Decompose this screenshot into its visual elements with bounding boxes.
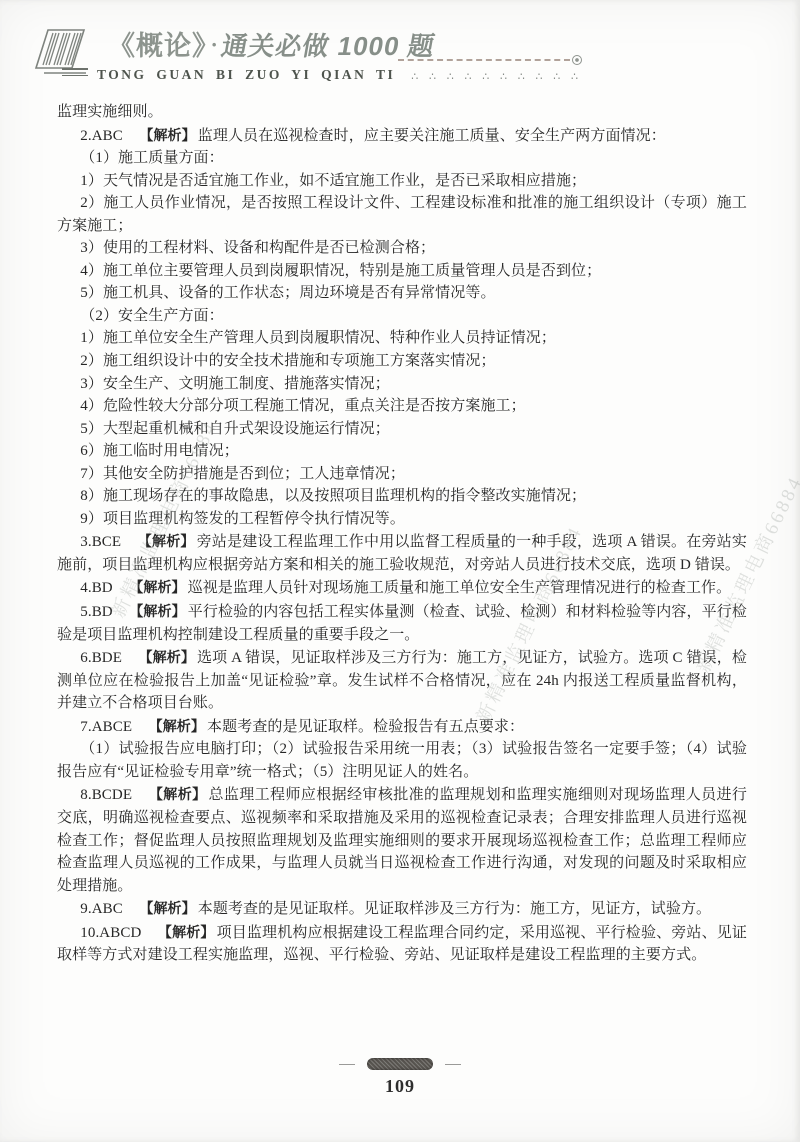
text-paragraph: 监理实施细则。 xyxy=(57,101,747,124)
pinyin-dash-icon xyxy=(62,68,88,76)
text-paragraph: （1）施工质量方面： xyxy=(57,147,747,170)
text-paragraph: （2）安全生产方面： xyxy=(57,305,747,328)
rule-end-circle-icon xyxy=(572,55,582,65)
content-body: 监理实施细则。2.ABC【解析】监理人员在巡视检查时，应主要关注施工质量、安全生… xyxy=(57,101,747,967)
answer-code: 9.ABC xyxy=(80,901,123,917)
title-separator-dot: · xyxy=(211,32,218,57)
analysis-tag: 【解析】 xyxy=(158,924,215,940)
answer-code: 10.ABCD xyxy=(80,925,141,941)
pinyin-row: TONG GUAN BI ZUO YI QIAN TI∴ ∴ ∴ ∴ ∴ ∴ ∴… xyxy=(62,66,582,84)
text-paragraph: 2）施工人员作业情况，是否按照工程设计文件、工程建设标准和批准的施工组织设计（专… xyxy=(57,192,747,237)
answer-paragraph: 8.BCDE【解析】总监理工程师应根据经审核批准的监理规划和监理实施细则对现场监… xyxy=(57,783,747,897)
answer-code: 5.BD xyxy=(80,604,113,620)
header-dashed-rule xyxy=(398,59,570,61)
answer-paragraph: 7.ABCE【解析】本题考查的是见证取样。检验报告有五点要求： xyxy=(57,715,747,739)
text-paragraph: 7）其他安全防护措施是否到位；工人违章情况； xyxy=(57,463,747,486)
answer-paragraph: 4.BD【解析】巡视是监理人员针对现场施工质量和施工单位安全生产管理情况进行的检… xyxy=(57,576,747,600)
analysis-tag: 【解析】 xyxy=(139,900,195,916)
footer-stipple-bar-icon xyxy=(367,1058,433,1070)
analysis-tag: 【解析】 xyxy=(139,127,195,143)
analysis-tag: 【解析】 xyxy=(129,603,185,619)
analysis-tag: 【解析】 xyxy=(139,649,196,665)
answer-code: 6.BDE xyxy=(80,650,122,666)
text-paragraph: 8）施工现场存在的事故隐患，以及按照项目监理机构的指令整改实施情况； xyxy=(57,485,747,508)
decorative-dots: ∴ ∴ ∴ ∴ ∴ ∴ ∴ ∴ ∴ ∴ xyxy=(411,71,582,83)
text-paragraph: 3）安全生产、文明施工制度、措施落实情况； xyxy=(57,373,747,396)
answer-paragraph: 5.BD【解析】平行检验的内容包括工程实体量测（检查、试验、检测）和材料检验等内… xyxy=(57,600,747,646)
answer-paragraph: 10.ABCD【解析】项目监理机构应根据建设工程监理合同约定，采用巡视、平行检验… xyxy=(57,921,747,967)
text-paragraph: 4）危险性较大分部分项工程施工情况，重点关注是否按方案施工； xyxy=(57,395,747,418)
text-paragraph: 6）施工临时用电情况； xyxy=(57,440,747,463)
footer-left-dash-icon xyxy=(339,1064,355,1065)
text-paragraph: 1）施工单位安全生产管理人员到岗履职情况、特种作业人员持证情况； xyxy=(57,327,747,350)
page-number: 109 xyxy=(0,1076,800,1097)
footer-right-dash-icon xyxy=(445,1064,461,1065)
text-paragraph: 4）施工单位主要管理人员到岗履职情况，特别是施工质量管理人员是否到位； xyxy=(57,260,747,283)
text-paragraph: （1）试验报告应电脑打印；（2）试验报告采用统一用表；（3）试验报告签名一定要手… xyxy=(57,738,747,783)
text-paragraph: 1）天气情况是否适宜施工作业，如不适宜施工作业，是否已采取相应措施； xyxy=(57,170,747,193)
analysis-tag: 【解析】 xyxy=(149,786,207,802)
series-title: 通关必做 1000 题 xyxy=(219,26,439,63)
text-paragraph: 2）施工组织设计中的安全技术措施和专项施工方案落实情况； xyxy=(57,350,747,373)
book-title-name: 《概论》 xyxy=(108,31,207,61)
analysis-tag: 【解析】 xyxy=(138,533,195,549)
pinyin-title: TONG GUAN BI ZUO YI QIAN TI xyxy=(97,67,395,82)
text-paragraph: 3）使用的工程材料、设备和构配件是否已检测合格； xyxy=(57,237,747,260)
text-paragraph: 5）施工机具、设备的工作状态；周边环境是否有异常情况等。 xyxy=(57,282,747,305)
answer-paragraph: 9.ABC【解析】本题考查的是见证取样。见证取样涉及三方行为：施工方，见证方，试… xyxy=(57,897,747,921)
text-paragraph: 5）大型起重机械和自升式架设设施运行情况； xyxy=(57,418,747,441)
scanned-page: 《概论》·通关必做 1000 题 TONG GUAN BI ZUO YI QIA… xyxy=(0,0,800,1142)
analysis-tag: 【解析】 xyxy=(129,579,185,595)
footer-ornament xyxy=(0,1058,800,1070)
book-title: 《概论》·通关必做 1000 题 xyxy=(108,24,435,63)
answer-code: 2.ABC xyxy=(80,128,123,144)
answer-paragraph: 6.BDE【解析】选项 A 错误，见证取样涉及三方行为：施工方，见证方，试验方。… xyxy=(57,646,747,715)
answer-code: 3.BCE xyxy=(80,534,121,550)
answer-code: 4.BD xyxy=(80,580,113,596)
analysis-tag: 【解析】 xyxy=(149,718,205,734)
answer-paragraph: 2.ABC【解析】监理人员在巡视检查时，应主要关注施工质量、安全生产两方面情况： xyxy=(57,124,747,148)
answer-paragraph: 3.BCE【解析】旁站是建设工程监理工作中用以监督工程质量的一种手段，选项 A … xyxy=(57,530,747,576)
answer-code: 8.BCDE xyxy=(80,787,132,803)
answer-code: 7.ABCE xyxy=(80,719,132,735)
text-paragraph: 9）项目监理机构签发的工程暂停令执行情况等。 xyxy=(57,508,747,531)
